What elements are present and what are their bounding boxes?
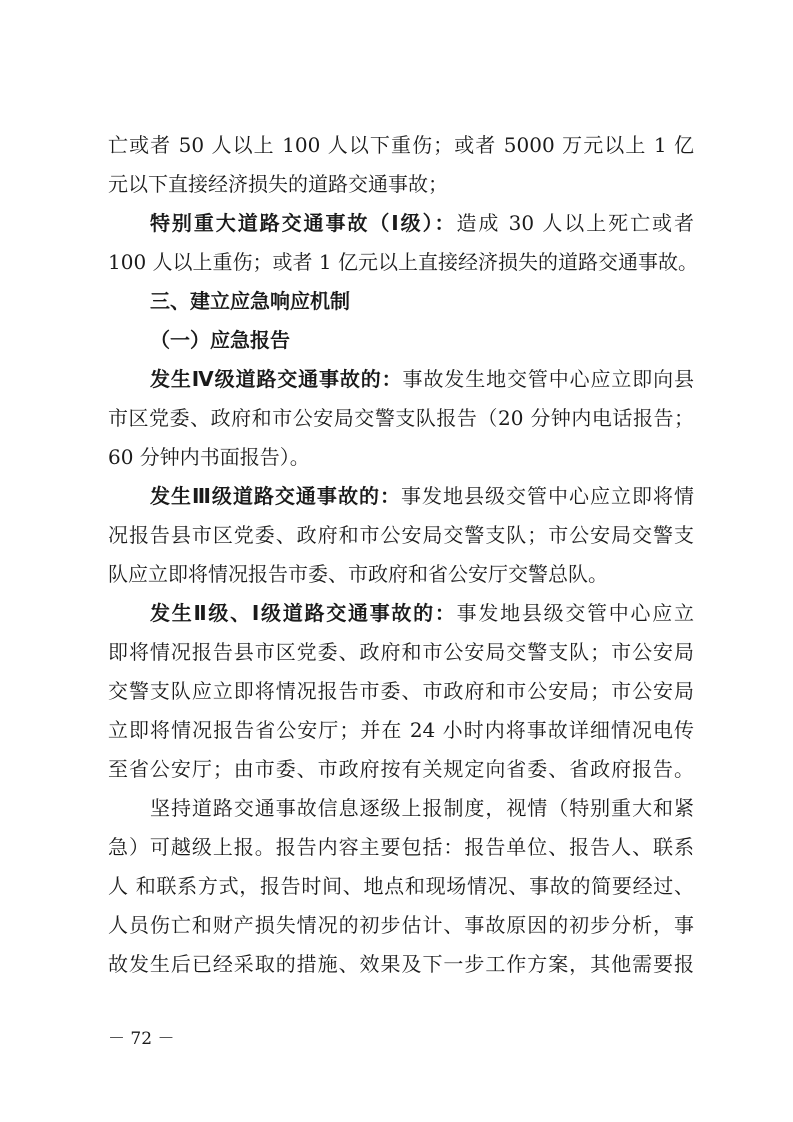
body-text: 事发地县级交管中心应立	[457, 601, 694, 625]
page-number: － 72 －	[108, 1024, 174, 1049]
body-text: 人员伤亡和财产损失情况的初步估计、事故原因的初步分析，事	[108, 913, 694, 937]
body-text: 故发生后已经采取的措施、效果及下一步工作方案，其他需要报	[108, 952, 694, 976]
body-text: 即将情况报告县市区党委、政府和市公安局交警支队；市公安局	[108, 640, 694, 664]
text-line: 人 和联系方式，报告时间、地点和现场情况、事故的简要经过、	[108, 867, 694, 906]
bold-heading: 发生Ⅳ级道路交通事故的：	[150, 367, 403, 391]
text-line: 立即将情况报告省公安厅；并在 24 小时内将事故详细情况电传	[108, 711, 694, 750]
text-line: 市区党委、政府和市公安局交警支队报告（20 分钟内电话报告；	[108, 399, 694, 438]
text-line: 元以下直接经济损失的道路交通事故；	[108, 165, 694, 204]
text-line: 亡或者 50 人以上 100 人以下重伤；或者 5000 万元以上 1 亿	[108, 126, 694, 165]
text-line: 60 分钟内书面报告）。	[108, 438, 694, 477]
bold-heading: 特别重大道路交通事故（Ⅰ级）：	[150, 211, 456, 235]
bold-heading: 发生Ⅱ级、Ⅰ级道路交通事故的：	[150, 601, 457, 625]
body-text: 交警支队应立即将情况报告市委、市政府和市公安局；市公安局	[108, 679, 694, 703]
body-text: 造成 30 人以上死亡或者	[456, 211, 694, 235]
text-line: 坚持道路交通事故信息逐级上报制度，视情（特别重大和紧	[108, 789, 694, 828]
text-line: 发生Ⅲ级道路交通事故的：事发地县级交管中心应立即将情	[108, 477, 694, 516]
body-text: 60 分钟内书面报告）。	[108, 445, 310, 469]
body-text: 立即将情况报告省公安厅；并在 24 小时内将事故详细情况电传	[108, 718, 694, 742]
body-text: 况报告县市区党委、政府和市公安局交警支队；市公安局交警支	[108, 523, 694, 547]
bold-heading: （一）应急报告	[150, 328, 290, 352]
body-text: 市区党委、政府和市公安局交警支队报告（20 分钟内电话报告；	[108, 406, 694, 430]
bold-heading: 发生Ⅲ级道路交通事故的：	[150, 484, 401, 508]
body-text: 坚持道路交通事故信息逐级上报制度，视情（特别重大和紧	[150, 796, 694, 820]
text-line: 100 人以上重伤；或者 1 亿元以上直接经济损失的道路交通事故。	[108, 243, 694, 282]
text-line: 即将情况报告县市区党委、政府和市公安局交警支队；市公安局	[108, 633, 694, 672]
body-text: 队应立即将情况报告市委、市政府和省公安厅交警总队。	[108, 562, 608, 586]
text-line: 人员伤亡和财产损失情况的初步估计、事故原因的初步分析，事	[108, 906, 694, 945]
text-line: 三、建立应急响应机制	[108, 282, 694, 321]
document-body: 亡或者 50 人以上 100 人以下重伤；或者 5000 万元以上 1 亿元以下…	[108, 126, 694, 984]
text-line: 队应立即将情况报告市委、市政府和省公安厅交警总队。	[108, 555, 694, 594]
body-text: 事故发生地交管中心应立即向县	[403, 367, 694, 391]
body-text: 亡或者 50 人以上 100 人以下重伤；或者 5000 万元以上 1 亿	[108, 133, 694, 157]
body-text: 急）可越级上报。报告内容主要包括：报告单位、报告人、联系	[108, 835, 694, 859]
body-text: 人 和联系方式，报告时间、地点和现场情况、事故的简要经过、	[108, 874, 694, 898]
text-line: 特别重大道路交通事故（Ⅰ级）：造成 30 人以上死亡或者	[108, 204, 694, 243]
text-line: 发生Ⅳ级道路交通事故的：事故发生地交管中心应立即向县	[108, 360, 694, 399]
body-text: 事发地县级交管中心应立即将情	[401, 484, 694, 508]
text-line: 况报告县市区党委、政府和市公安局交警支队；市公安局交警支	[108, 516, 694, 555]
text-line: 急）可越级上报。报告内容主要包括：报告单位、报告人、联系	[108, 828, 694, 867]
body-text: 100 人以上重伤；或者 1 亿元以上直接经济损失的道路交通事故。	[108, 250, 694, 274]
body-text: 至省公安厅；由市委、市政府按有关规定向省委、省政府报告。	[108, 757, 694, 781]
text-line: 发生Ⅱ级、Ⅰ级道路交通事故的：事发地县级交管中心应立	[108, 594, 694, 633]
text-line: 故发生后已经采取的措施、效果及下一步工作方案，其他需要报	[108, 945, 694, 984]
text-line: 至省公安厅；由市委、市政府按有关规定向省委、省政府报告。	[108, 750, 694, 789]
body-text: 元以下直接经济损失的道路交通事故；	[108, 172, 448, 196]
text-line: （一）应急报告	[108, 321, 694, 360]
bold-heading: 三、建立应急响应机制	[150, 289, 350, 313]
text-line: 交警支队应立即将情况报告市委、市政府和市公安局；市公安局	[108, 672, 694, 711]
